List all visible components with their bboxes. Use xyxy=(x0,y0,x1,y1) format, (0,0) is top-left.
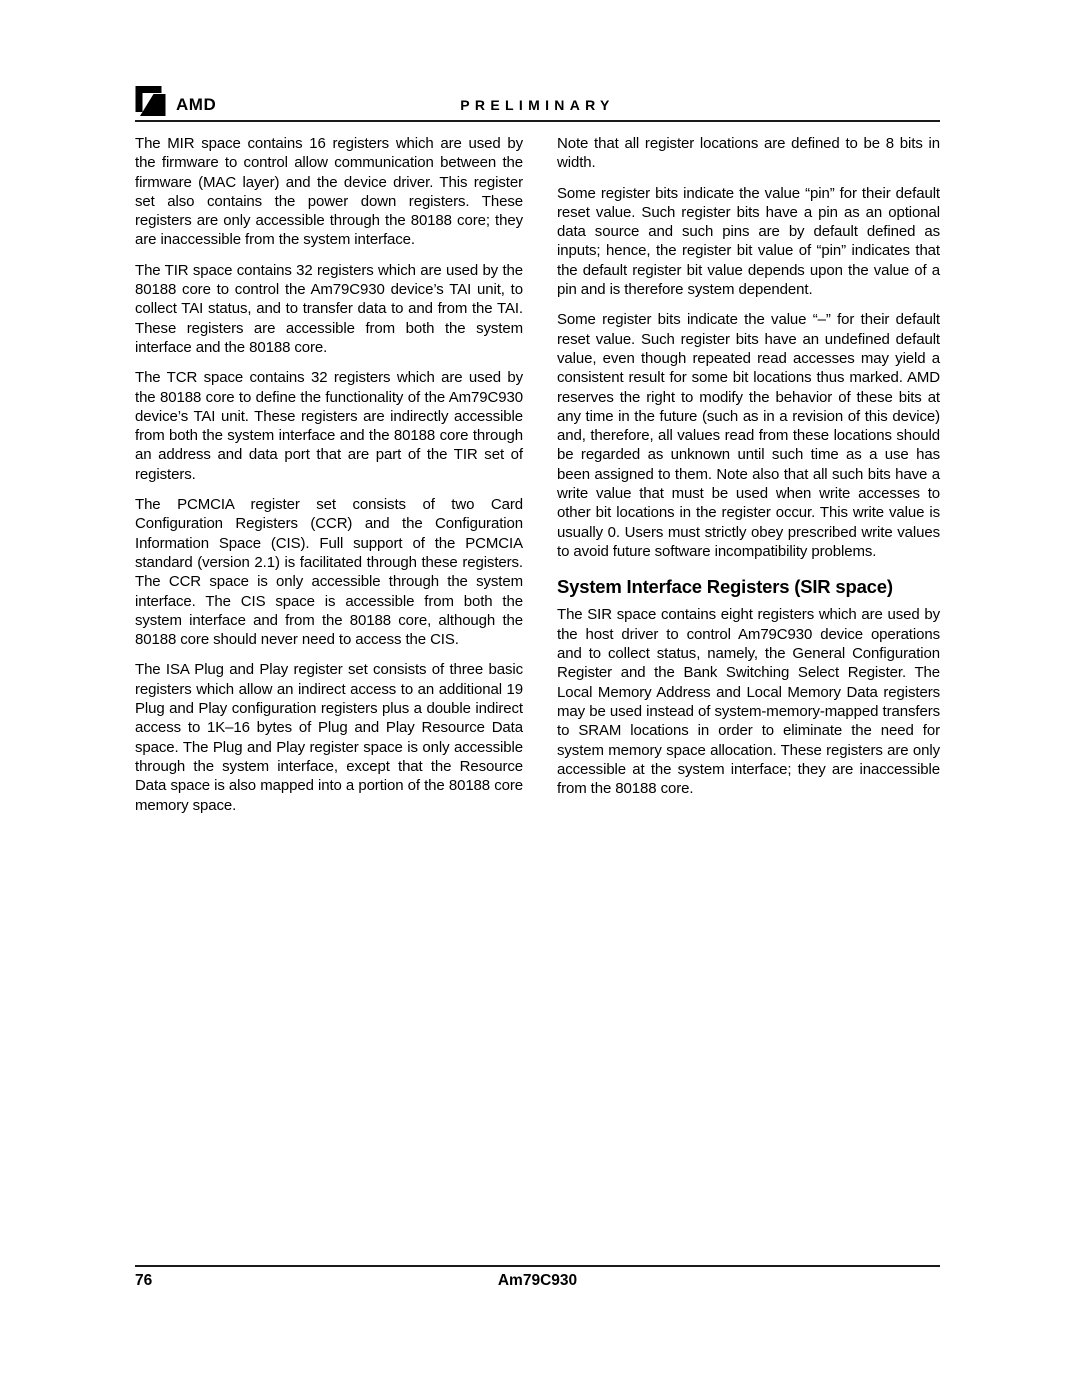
left-column: The MIR space contains 16 registers whic… xyxy=(135,134,523,826)
body-paragraph: The MIR space contains 16 registers whic… xyxy=(135,134,523,250)
page-number: 76 xyxy=(135,1272,152,1291)
right-column: Note that all register locations are def… xyxy=(557,134,940,826)
body-paragraph: The TCR space contains 32 registers whic… xyxy=(135,368,523,484)
body-paragraph: Note that all register locations are def… xyxy=(557,134,940,173)
body-paragraph: Some register bits indicate the value “–… xyxy=(557,310,940,561)
two-column-body: The MIR space contains 16 registers whic… xyxy=(135,134,940,826)
page-footer: 76 Am79C930 xyxy=(135,1272,940,1291)
doc-title: Am79C930 xyxy=(135,1272,940,1291)
header-rule xyxy=(135,120,940,122)
preliminary-banner: PRELIMINARY xyxy=(135,98,940,112)
page-header: AMD PRELIMINARY xyxy=(135,86,940,120)
footer-rule xyxy=(135,1265,940,1267)
document-page: AMD PRELIMINARY The MIR space contains 1… xyxy=(0,0,1080,1397)
body-paragraph: The SIR space contains eight registers w… xyxy=(557,605,940,798)
section-heading: System Interface Registers (SIR space) xyxy=(557,576,940,598)
body-paragraph: The ISA Plug and Play register set consi… xyxy=(135,660,523,814)
body-paragraph: The PCMCIA register set consists of two … xyxy=(135,495,523,649)
body-paragraph: The TIR space contains 32 registers whic… xyxy=(135,261,523,357)
body-paragraph: Some register bits indicate the value “p… xyxy=(557,184,940,300)
